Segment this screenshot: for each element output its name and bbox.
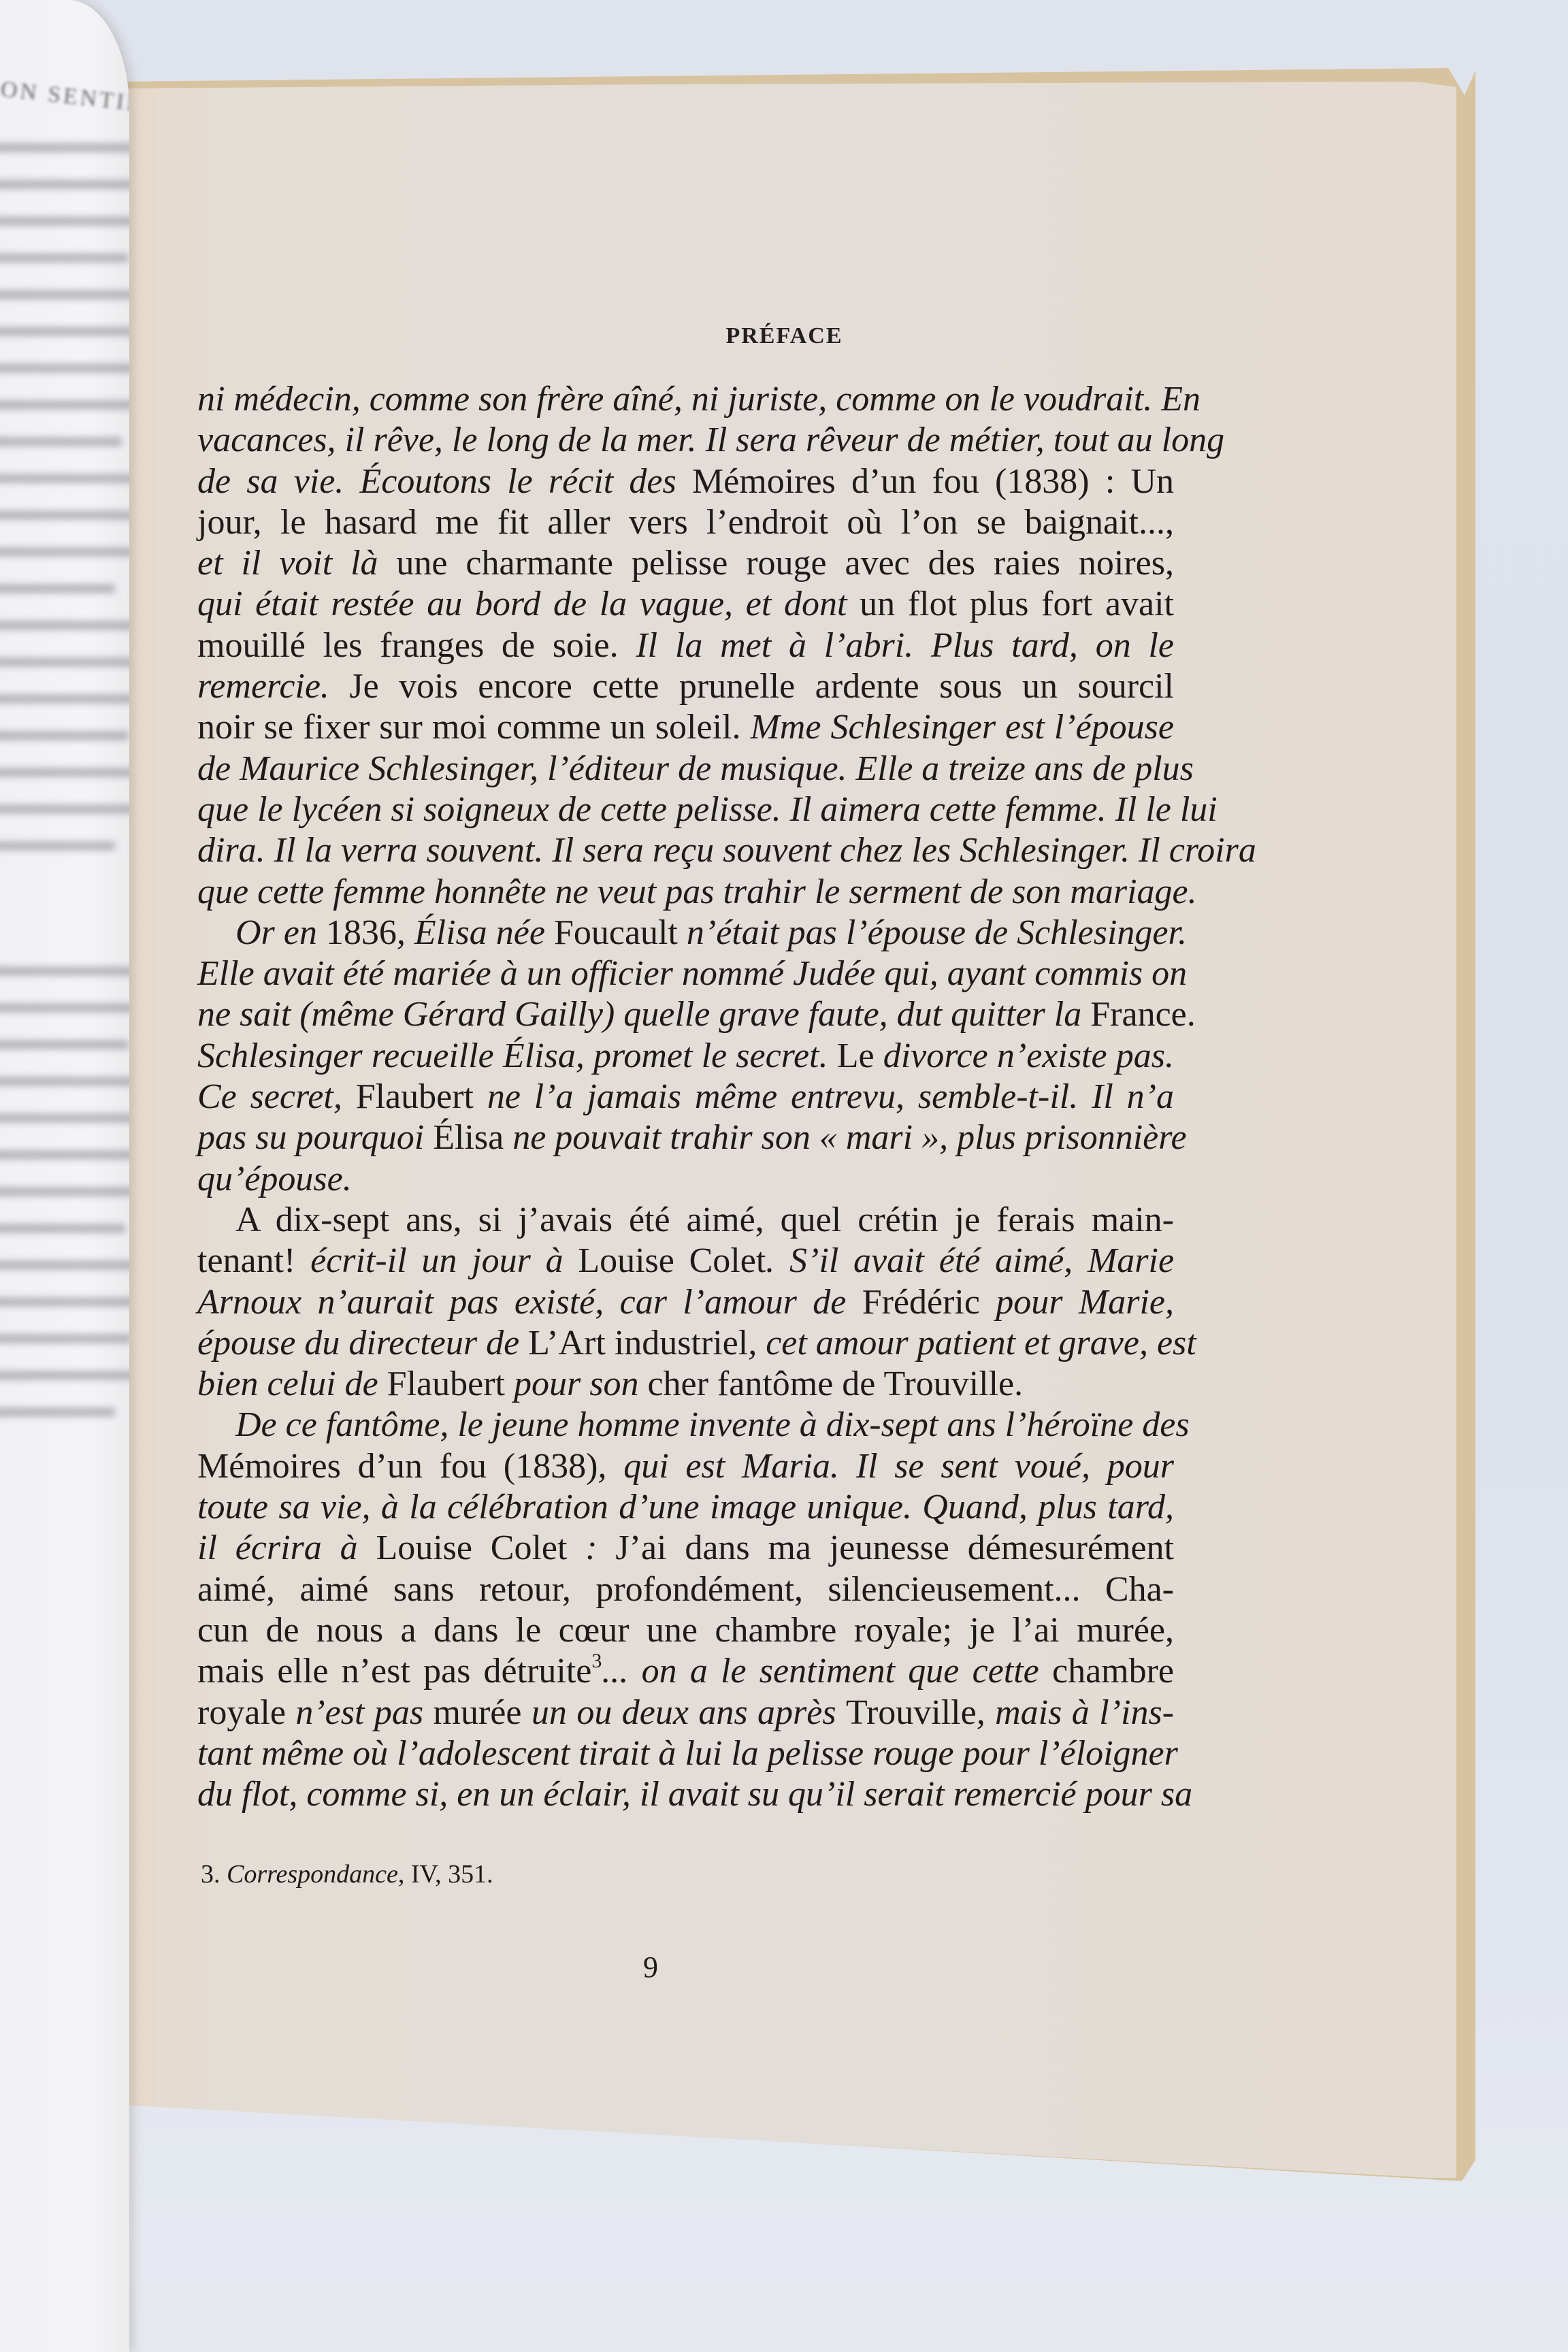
italic-run: n’était pas l’épouse de Schlesinger. [678,913,1187,952]
facing-page-line [0,460,129,497]
italic-run: que cette femme honnête ne veut pas trah… [197,872,1197,911]
text-line: pas su pourquoi Élisa ne pouvait trahir … [197,1117,1174,1158]
italic-run: remercie. [197,667,349,706]
italic-run: qu’épouse. [197,1160,352,1198]
roman-run: J’ai dans ma jeunesse démesurément [615,1529,1174,1567]
facing-page-line [0,953,129,990]
text-line: Arnoux n’aurait pas existé, car l’amour … [197,1282,1174,1323]
text-line: De ce fantôme, le jeune homme invente à … [197,1405,1174,1445]
page-number: 9 [643,1950,658,1984]
text-line: tant même où l’adolescent tirait à lui l… [197,1733,1174,1774]
italic-run: . S’il avait été aimé, Marie [766,1241,1174,1280]
roman-run: Flaubert [387,1365,505,1403]
roman-run: chambre [1052,1652,1174,1690]
roman-run: une charmante pelisse rouge avec des rai… [396,544,1174,583]
facing-page-line [0,1284,129,1320]
roman-run: cher fantôme de Trouville. [647,1365,1023,1403]
italic-run: dira. Il la verra souvent. Il sera reçu … [197,831,1256,870]
running-head: PRÉFACE [112,323,1456,349]
facing-page: TION SENTIMENTALE [0,0,129,2352]
text-line: que cette femme honnête ne veut pas trah… [197,872,1174,913]
facing-page-line [0,1173,129,1210]
facing-page-line [0,791,129,828]
roman-run: mouillé les franges de soie. [197,626,636,665]
text-line: Schlesinger recueille Élisa, promet le s… [197,1036,1174,1077]
facing-page-line [0,570,129,607]
roman-run: Élisa [433,1118,504,1157]
italic-run: , qui est Maria. Il se sent voué, pour [598,1447,1174,1486]
roman-run: 1836 [326,913,397,952]
text-line: Mémoires d’un fou (1838), qui est Maria.… [197,1446,1174,1487]
text-line: qu’épouse. [197,1159,1174,1200]
facing-page-line [0,864,129,953]
text-line: vacances, il rêve, le long de la mer. Il… [197,420,1174,461]
roman-run: Louise Colet [376,1529,567,1567]
roman-run: Flaubert [356,1077,474,1116]
facing-page-line [0,423,129,460]
roman-run: royale [197,1693,295,1732]
facing-page-line [0,1210,129,1247]
italic-run: et il voit là [197,544,396,583]
text-line: tenant! écrit-il un jour à Louise Colet.… [197,1241,1174,1281]
facing-page-line [0,129,129,166]
text-line: noir se fixer sur moi comme un soleil. M… [197,707,1174,748]
text-line: qui était restée au bord de la vague, et… [197,584,1174,625]
italic-run: écrit-il un jour à [310,1241,578,1280]
facing-page-line [0,313,129,350]
roman-run: L’Art industriel [528,1324,748,1362]
roman-run: aimé, aimé sans retour, profondément, si… [197,1570,1174,1609]
roman-run: France. [1090,995,1195,1034]
italic-run: ni médecin, comme son frère aîné, ni jur… [197,380,1200,419]
facing-page-line [0,681,129,717]
roman-run: murée [434,1693,532,1732]
footnote-reference: , IV, 351. [398,1860,493,1889]
italic-run: De ce fantôme, le jeune homme invente à … [235,1405,1190,1444]
italic-run: Elle avait été mariée à un officier nomm… [197,954,1187,993]
facing-page-line [0,534,129,570]
italic-run: épouse du directeur de [197,1324,528,1362]
roman-run: Mémoires d’un fou (1838) : Un [692,462,1174,501]
text-line: que le lycéen si soigneux de cette pelis… [197,789,1174,830]
text-line: ne sait (même Gérard Gailly) quelle grav… [197,994,1174,1035]
facing-page-line [0,644,129,681]
roman-run: A dix-sept ans, si j’avais été aimé, que… [235,1200,1174,1239]
facing-page-line [0,754,129,791]
facing-page-line [0,1247,129,1284]
book-page: PRÉFACE ni médecin, comme son frère aîné… [112,82,1456,2178]
italic-run: Arnoux n’aurait pas existé, car l’amour … [197,1283,862,1322]
text-line: mais elle n’est pas détruite3... on a le… [197,1651,1174,1692]
italic-run: pour Marie, [980,1283,1174,1322]
italic-run: que le lycéen si soigneux de cette pelis… [197,790,1218,829]
roman-run: mais elle n’est pas détruite [197,1652,591,1690]
facing-page-line [0,1063,129,1100]
roman-run: Trouville [846,1693,977,1732]
text-line: mouillé les franges de soie. Il la met à… [197,625,1174,666]
facing-page-line [0,350,129,387]
italic-run: qui était restée au bord de la vague, et… [197,585,860,623]
italic-run: , mais à l’ins- [977,1693,1174,1732]
text-line: royale n’est pas murée un ou deux ans ap… [197,1693,1174,1733]
roman-run: Le [837,1036,875,1075]
roman-run: noir se fixer sur moi comme un soleil. [197,708,750,747]
text-line: toute sa vie, à la célébration d’une ima… [197,1487,1174,1528]
text-line: Ce secret, Flaubert ne l’a jamais même e… [197,1077,1174,1117]
italic-run: ne l’a jamais même entrevu, semble-t-il.… [474,1077,1174,1116]
italic-run: , cet amour patient et grave, est [748,1324,1196,1362]
footnote: 3. Correspondance, IV, 351. [201,1859,493,1889]
footnote-reference-mark: 3 [591,1650,602,1672]
roman-run: Je vois encore cette prunelle ardente so… [349,667,1174,706]
facing-page-text-lines [0,129,129,1431]
italic-run: n’est pas [295,1693,433,1732]
text-line: remercie. Je vois encore cette prunelle … [197,666,1174,707]
italic-run: du flot, comme si, en un éclair, il avai… [197,1775,1192,1814]
text-line: dira. Il la verra souvent. Il sera reçu … [197,830,1174,871]
text-line: cun de nous a dans le cœur une chambre r… [197,1610,1174,1651]
italic-run: : [567,1529,615,1567]
roman-run: Frédéric [862,1283,980,1322]
facing-page-line [0,1100,129,1137]
italic-run: Schlesinger recueille Élisa, promet le s… [197,1036,837,1075]
text-line: A dix-sept ans, si j’avais été aimé, que… [197,1200,1174,1241]
italic-run: ne pouvait trahir son « mari », plus pri… [504,1118,1186,1157]
italic-run: toute sa vie, à la célébration d’une ima… [197,1488,1174,1526]
facing-page-line [0,990,129,1026]
facing-page-running-head: TION SENTIMENTALE [0,73,129,129]
italic-run: vacances, il rêve, le long de la mer. Il… [197,421,1224,459]
italic-run: , Élisa née [397,913,554,952]
italic-run: de Maurice Schlesinger, l’éditeur de mus… [197,749,1194,788]
italic-run: il écrira à [197,1529,376,1567]
italic-run: tant même où l’adolescent tirait à lui l… [197,1734,1178,1773]
footnote-title: Correspondance [227,1860,398,1889]
roman-run: Mémoires d’un fou (1838) [197,1447,598,1486]
facing-page-line [0,497,129,534]
roman-run: Foucault [554,913,678,952]
text-line: épouse du directeur de L’Art industriel,… [197,1323,1174,1364]
italic-run: un ou deux ans après [532,1693,846,1732]
roman-run: un flot plus fort avait [860,585,1174,623]
roman-run: jour, le hasard me fit aller vers l’endr… [197,503,1174,542]
facing-page-line [0,607,129,644]
body-text: ni médecin, comme son frère aîné, ni jur… [197,379,1174,1815]
italic-run: bien celui de [197,1365,387,1403]
text-line: bien celui de Flaubert pour son cher fan… [197,1364,1174,1405]
facing-page-line [0,828,129,864]
roman-run: Louise Colet [578,1241,766,1280]
facing-page-line [0,203,129,240]
facing-page-line [0,1394,129,1431]
facing-page-line [0,1320,129,1357]
text-line: aimé, aimé sans retour, profondément, si… [197,1569,1174,1610]
text-line: il écrira à Louise Colet : J’ai dans ma … [197,1528,1174,1569]
facing-page-line [0,1026,129,1063]
facing-page-line [0,1137,129,1173]
italic-run: Il la met à l’abri. Plus tard, on le [636,626,1174,665]
footnote-number: 3. [201,1860,227,1889]
facing-page-line [0,166,129,203]
italic-run: Ce secret, [197,1077,356,1116]
italic-run: Mme Schlesinger est l’épouse [750,708,1174,747]
text-line: Elle avait été mariée à un officier nomm… [197,953,1174,994]
text-line: ni médecin, comme son frère aîné, ni jur… [197,379,1174,420]
italic-run: pas su pourquoi [197,1118,433,1157]
facing-page-line [0,1357,129,1394]
facing-page-line [0,387,129,423]
italic-run: de sa vie. Écoutons le récit des [197,462,692,501]
italic-run: ... on a le sentiment que cette [602,1652,1052,1690]
roman-run: cun de nous a dans le cœur une chambre r… [197,1611,1174,1650]
italic-run: ne sait (même Gérard Gailly) quelle grav… [197,995,1090,1034]
italic-run: divorce n’existe pas. [875,1036,1174,1075]
text-line: de Maurice Schlesinger, l’éditeur de mus… [197,749,1174,789]
text-line: Or en 1836, Élisa née Foucault n’était p… [197,913,1174,953]
italic-run: pour son [505,1365,647,1403]
facing-page-line [0,276,129,313]
roman-run: tenant! [197,1241,310,1280]
facing-page-line [0,240,129,276]
facing-page-line [0,717,129,754]
text-line: jour, le hasard me fit aller vers l’endr… [197,502,1174,543]
text-line: de sa vie. Écoutons le récit des Mémoire… [197,461,1174,502]
text-line: et il voit là une charmante pelisse roug… [197,543,1174,584]
italic-run: Or en [235,913,326,952]
text-line: du flot, comme si, en un éclair, il avai… [197,1774,1174,1815]
